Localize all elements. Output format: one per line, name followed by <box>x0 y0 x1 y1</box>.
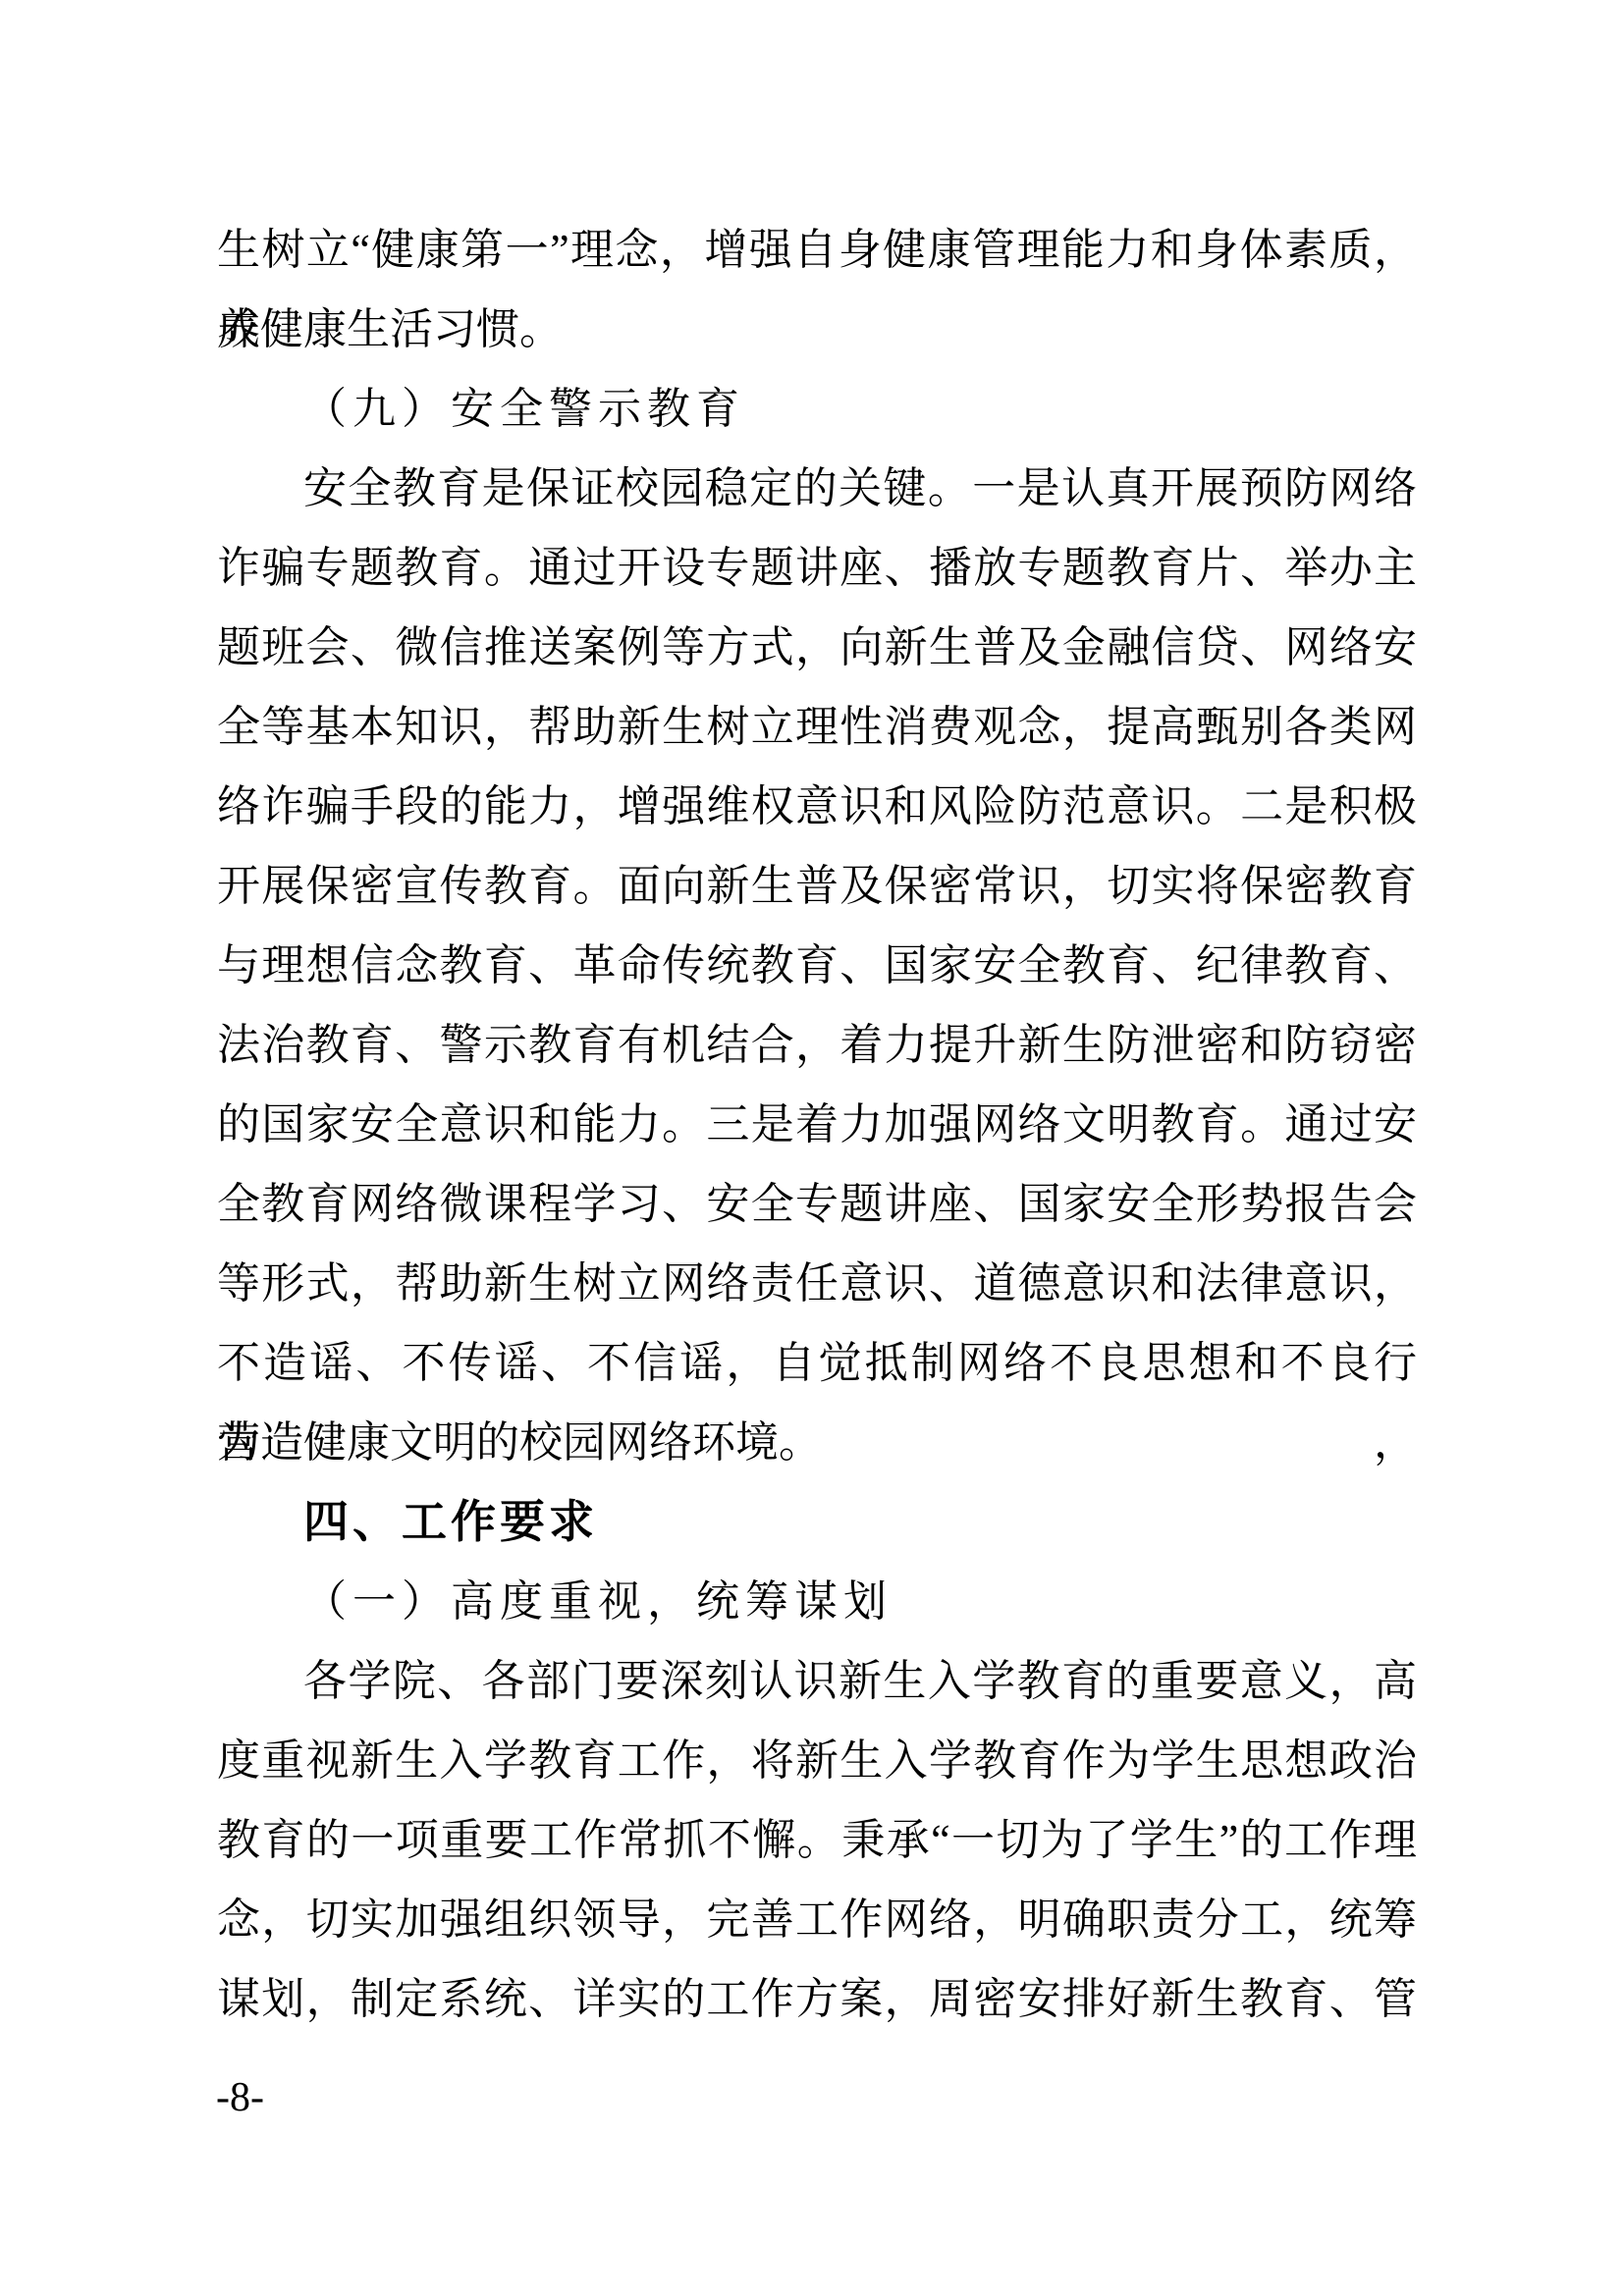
body-line: 念，切实加强组织领导，完善工作网络，明确职责分工，统筹 <box>217 1880 1417 1959</box>
body-line: 等形式，帮助新生树立网络责任意识、道德意识和法律意识， <box>217 1244 1417 1323</box>
body-line: 全教育网络微课程学习、安全专题讲座、国家安全形势报告会 <box>217 1164 1417 1244</box>
body-line: 开展保密宣传教育。面向新生普及保密常识，切实将保密教育 <box>217 846 1417 926</box>
section-heading-four: 四、工作要求 <box>217 1482 1417 1562</box>
document-page: 生树立“健康第一”理念，增强自身健康管理能力和身体素质，养 成健康生活习惯。 （… <box>0 0 1624 2296</box>
body-line: 诈骗专题教育。通过开设专题讲座、播放专题教育片、举办主 <box>217 528 1417 608</box>
body-line: 全等基本知识，帮助新生树立理性消费观念，提高甄别各类网 <box>217 687 1417 767</box>
body-line: 成健康生活习惯。 <box>217 290 1417 369</box>
body-line: 与理想信念教育、革命传统教育、国家安全教育、纪律教育、 <box>217 926 1417 1005</box>
subsection-heading-one: （一）高度重视，统筹谋划 <box>217 1562 1417 1641</box>
body-line: 各学院、各部门要深刻认识新生入学教育的重要意义，高 <box>217 1641 1417 1721</box>
body-line: 谋划，制定系统、详实的工作方案，周密安排好新生教育、管 <box>217 1959 1417 2039</box>
body-line: 络诈骗手段的能力，增强维权意识和风险防范意识。二是积极 <box>217 767 1417 846</box>
body-line: 安全教育是保证校园稳定的关键。一是认真开展预防网络 <box>217 449 1417 528</box>
document-body: 生树立“健康第一”理念，增强自身健康管理能力和身体素质，养 成健康生活习惯。 （… <box>217 210 1417 2039</box>
body-line: 度重视新生入学教育工作，将新生入学教育作为学生思想政治 <box>217 1721 1417 1800</box>
body-line: 题班会、微信推送案例等方式，向新生普及金融信贷、网络安 <box>217 608 1417 687</box>
subsection-heading-nine: （九）安全警示教育 <box>217 369 1417 449</box>
body-line: 生树立“健康第一”理念，增强自身健康管理能力和身体素质，养 <box>217 210 1417 290</box>
body-line: 不造谣、不传谣、不信谣，自觉抵制网络不良思想和不良行为， <box>217 1323 1417 1403</box>
body-line: 法治教育、警示教育有机结合，着力提升新生防泄密和防窃密 <box>217 1005 1417 1085</box>
body-line: 的国家安全意识和能力。三是着力加强网络文明教育。通过安 <box>217 1085 1417 1164</box>
page-number: -8- <box>216 2073 264 2122</box>
body-line: 教育的一项重要工作常抓不懈。秉承“一切为了学生”的工作理 <box>217 1800 1417 1880</box>
